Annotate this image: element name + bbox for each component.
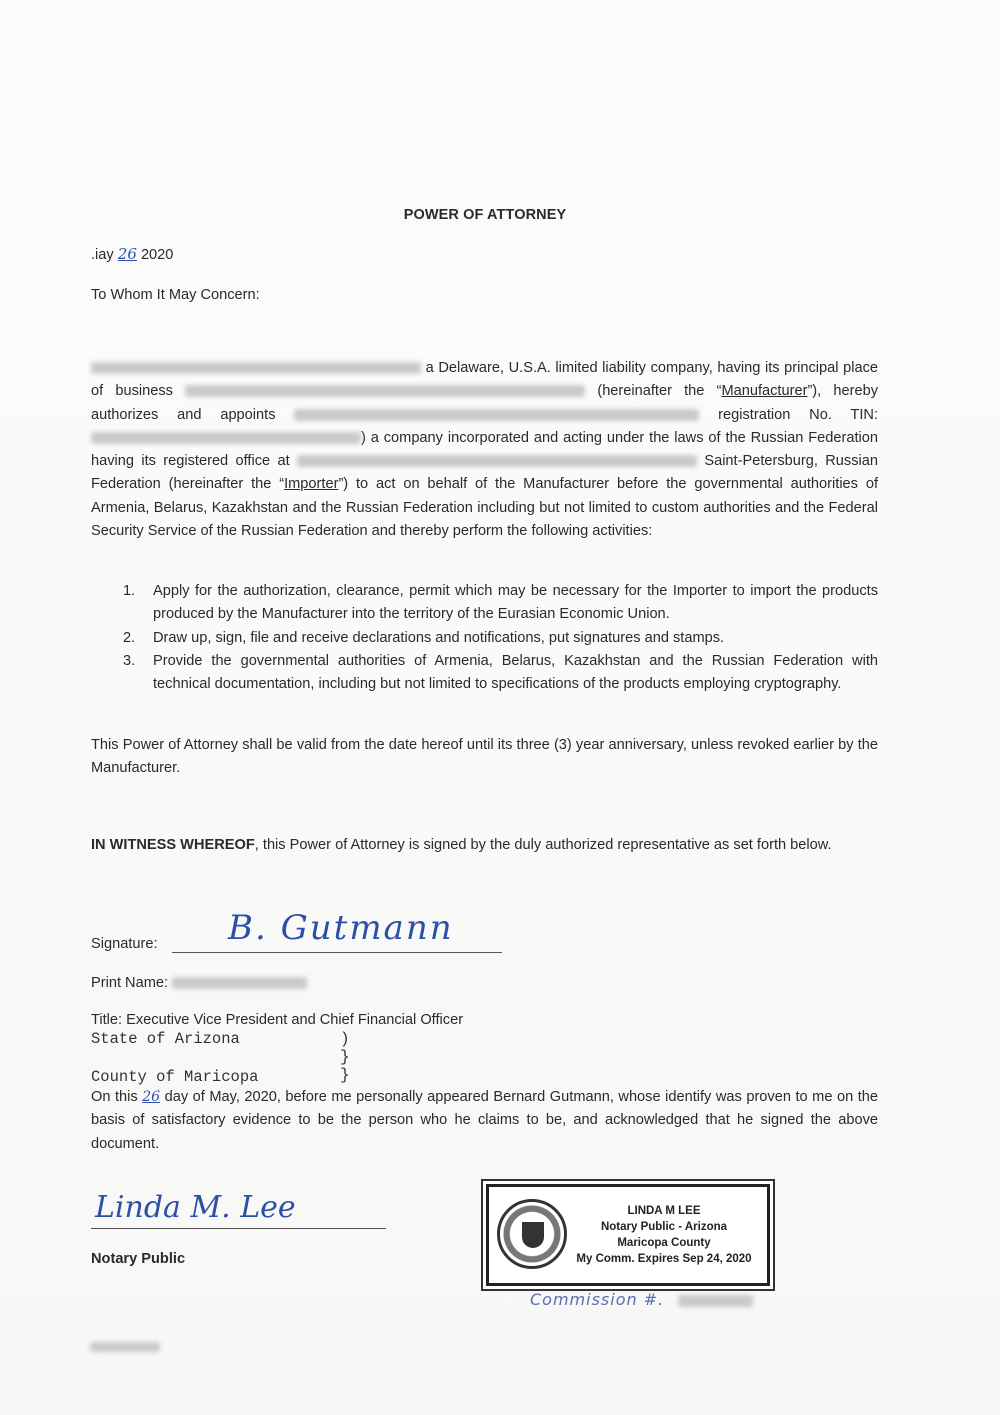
- intro-paragraph: x a Delaware, U.S.A. limited liability c…: [91, 357, 878, 543]
- activity-item: 3.Provide the governmental authorities o…: [123, 650, 878, 697]
- redacted-commission: x: [678, 1295, 753, 1307]
- document-date: .iay 26 2020: [91, 243, 173, 267]
- activity-item: 2.Draw up, sign, file and receive declar…: [123, 627, 878, 650]
- venue-bracket: )}}: [340, 1030, 350, 1084]
- document-title: POWER OF ATTORNEY: [0, 207, 970, 223]
- witness-paragraph: IN WITNESS WHEREOF, this Power of Attorn…: [91, 834, 878, 857]
- arizona-seal-icon: [497, 1199, 567, 1269]
- redacted-print-name: x: [172, 977, 307, 989]
- redacted-office: x: [297, 455, 697, 467]
- redacted-footer-ref: x: [90, 1342, 160, 1352]
- activity-item: 1.Apply for the authorization, clearance…: [123, 580, 878, 627]
- redacted-tin: x: [91, 432, 361, 444]
- notary-signature-line: [91, 1228, 386, 1229]
- manufacturer-term: Manufacturer: [721, 383, 807, 399]
- print-name-label: Print Name:: [91, 975, 168, 991]
- venue-state: State of Arizona: [91, 1030, 240, 1048]
- signature-handwritten: B. Gutmann: [228, 908, 454, 948]
- venue-county: County of Maricopa: [91, 1068, 258, 1086]
- validity-paragraph: This Power of Attorney shall be valid fr…: [91, 734, 878, 781]
- witness-heading: IN WITNESS WHEREOF: [91, 837, 255, 853]
- document-page: POWER OF ATTORNEY .iay 26 2020 To Whom I…: [0, 0, 1000, 1415]
- redacted-importer: x: [294, 409, 699, 421]
- signature-label: Signature:: [91, 933, 158, 956]
- acknowledgment-paragraph: On this 26 day of May, 2020, before me p…: [91, 1086, 878, 1156]
- importer-term: Importer: [284, 476, 338, 492]
- notary-label: Notary Public: [91, 1248, 185, 1271]
- ack-day-handwritten: 26: [142, 1089, 160, 1105]
- notary-stamp: LINDA M LEE Notary Public - Arizona Mari…: [486, 1184, 770, 1286]
- signature-line: [172, 952, 502, 953]
- date-month: .iay: [91, 247, 114, 263]
- commission-label: Commission #.: [530, 1290, 664, 1309]
- notary-signature-handwritten: Linda M. Lee: [95, 1190, 296, 1225]
- salutation: To Whom It May Concern:: [91, 284, 260, 307]
- date-year: 2020: [141, 247, 173, 263]
- stamp-text: LINDA M LEE Notary Public - Arizona Mari…: [565, 1203, 763, 1267]
- activities-list: 1.Apply for the authorization, clearance…: [123, 580, 878, 696]
- title-line: Title: Executive Vice President and Chie…: [91, 1009, 463, 1032]
- redacted-company: x: [91, 362, 421, 374]
- commission-number: Commission #. x: [530, 1290, 753, 1309]
- redacted-address: x: [185, 385, 585, 397]
- date-day-handwritten: 26: [118, 245, 137, 263]
- footer-reference: x: [90, 1338, 160, 1356]
- print-name-row: Print Name: x: [91, 972, 307, 995]
